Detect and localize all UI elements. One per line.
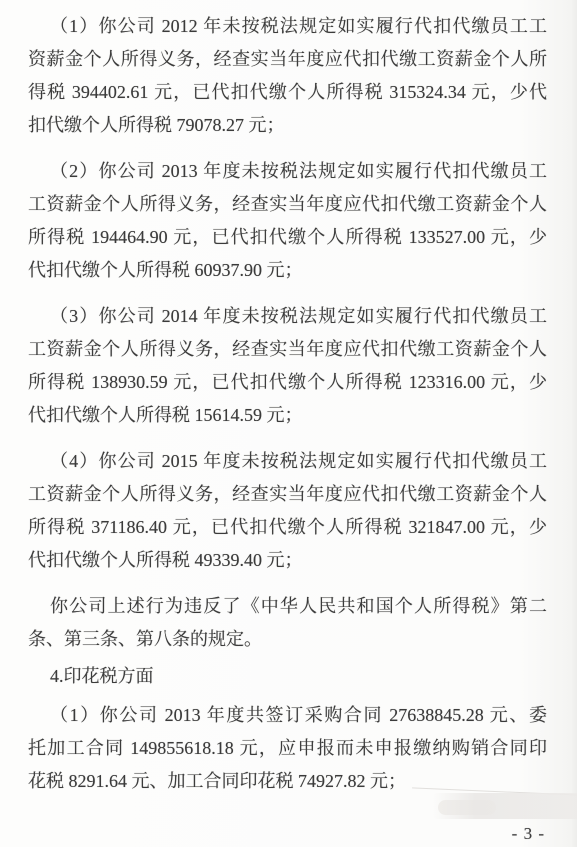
text-line: 代扣代缴个人所得税 60937.90 元； bbox=[28, 254, 547, 287]
text-line: （3）你公司 2014 年度未按税法规定如实履行代扣代缴员工 bbox=[28, 300, 547, 333]
text-line: （1）你公司 2012 年未按税法规定如实履行代扣代缴员工工 bbox=[28, 10, 547, 43]
paragraph: （1）你公司 2013 年度共签订采购合同 27638845.28 元、委托加工… bbox=[28, 699, 547, 798]
paragraph: （4）你公司 2015 年度未按税法规定如实履行代扣代缴员工工资薪金个人所得义务… bbox=[28, 445, 547, 577]
text-line: （1）你公司 2013 年度共签订采购合同 27638845.28 元、委 bbox=[28, 699, 547, 732]
text-line: 所得税 194464.90 元，已代扣代缴个人所得税 133527.00 元，少 bbox=[28, 221, 547, 254]
text-line: 得税 394402.61 元，已代扣代缴个人所得税 315324.34 元，少代 bbox=[28, 76, 547, 109]
text-line: 工资薪金个人所得义务，经查实当年度应代扣代缴工资薪金个人 bbox=[28, 188, 547, 221]
paragraph: （2）你公司 2013 年度未按税法规定如实履行代扣代缴员工工资薪金个人所得义务… bbox=[28, 155, 547, 287]
scan-page: （1）你公司 2012 年未按税法规定如实履行代扣代缴员工工资薪金个人所得义务，… bbox=[0, 0, 577, 847]
text-line: 工资薪金个人所得义务，经查实当年度应代扣代缴工资薪金个人 bbox=[28, 333, 547, 366]
paragraph: 4.印花税方面 bbox=[28, 660, 547, 693]
text-line: （2）你公司 2013 年度未按税法规定如实履行代扣代缴员工 bbox=[28, 155, 547, 188]
text-line: 工资薪金个人所得义务，经查实当年度应代扣代缴工资薪金个人 bbox=[28, 478, 547, 511]
text-line: （4）你公司 2015 年度未按税法规定如实履行代扣代缴员工 bbox=[28, 445, 547, 478]
scan-smudge bbox=[432, 793, 577, 819]
paragraph: （1）你公司 2012 年未按税法规定如实履行代扣代缴员工工资薪金个人所得义务，… bbox=[28, 10, 547, 142]
text-line: 托加工合同 149855618.18 元，应申报而未申报缴纳购销合同印 bbox=[28, 732, 547, 765]
text-line: 资薪金个人所得义务，经查实当年度应代扣代缴工资薪金个人所 bbox=[28, 43, 547, 76]
text-line: 代扣代缴个人所得税 15614.59 元； bbox=[28, 399, 547, 432]
text-line: 所得税 138930.59 元，已代扣代缴个人所得税 123316.00 元，少 bbox=[28, 366, 547, 399]
text-line: 扣代缴个人所得税 79078.27 元； bbox=[28, 109, 547, 142]
text-line: 条、第三条、第八条的规定。 bbox=[28, 623, 547, 656]
text-line: 所得税 371186.40 元，已代扣代缴个人所得税 321847.00 元，少 bbox=[28, 511, 547, 544]
text-line: 代扣代缴个人所得税 49339.40 元； bbox=[28, 544, 547, 577]
paragraph: （3）你公司 2014 年度未按税法规定如实履行代扣代缴员工工资薪金个人所得义务… bbox=[28, 300, 547, 432]
document-body: （1）你公司 2012 年未按税法规定如实履行代扣代缴员工工资薪金个人所得义务，… bbox=[28, 10, 547, 798]
page-number: - 3 - bbox=[512, 824, 545, 844]
text-line: 4.印花税方面 bbox=[28, 660, 547, 693]
paragraph: 你公司上述行为违反了《中华人民共和国个人所得税》第二条、第三条、第八条的规定。 bbox=[28, 590, 547, 656]
text-line: 你公司上述行为违反了《中华人民共和国个人所得税》第二 bbox=[28, 590, 547, 623]
